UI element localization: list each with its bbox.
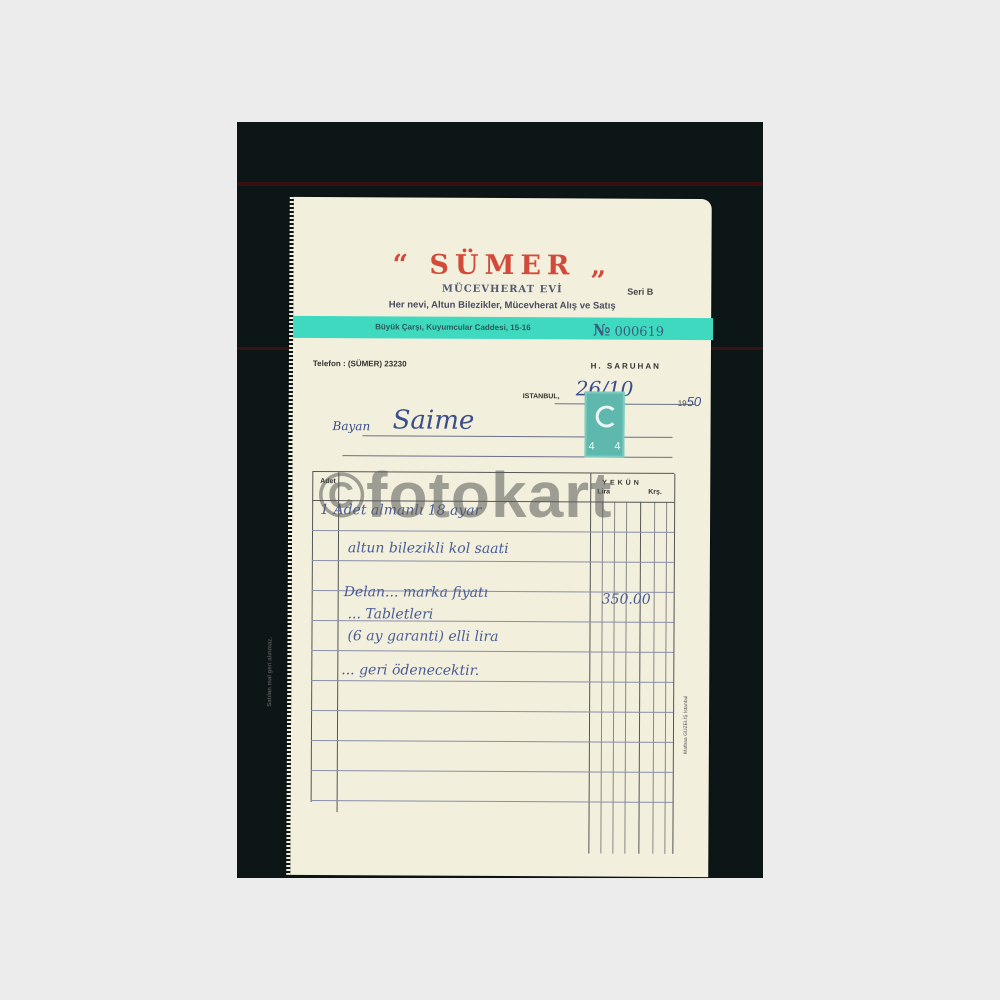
- recipient-line: [363, 435, 673, 438]
- city-label: ISTANBUL,: [523, 393, 560, 400]
- stamp-value-left: 4: [588, 440, 594, 452]
- line-item: altun bilezikli kol saati: [348, 540, 509, 557]
- series-label: Seri B: [627, 287, 653, 297]
- divider: [237, 182, 763, 186]
- phone: Telefon : (SÜMER) 23230: [313, 359, 407, 368]
- column-header-kurus: Krş.: [648, 489, 662, 496]
- printer-note: Matbaa GÜZELİŞ İstanbul: [683, 696, 689, 754]
- stamp-value-right: 4: [614, 441, 620, 453]
- number-symbol: №: [593, 320, 610, 339]
- row-line: [311, 770, 673, 773]
- recipient-name: Saime: [393, 405, 475, 435]
- row-line: [311, 740, 673, 743]
- line-item: (6 ay garanti) elli lira: [347, 628, 498, 645]
- row-line: [312, 560, 674, 563]
- line-item: ... geri ödenecektir.: [341, 662, 479, 679]
- row-line: [311, 680, 673, 683]
- margin-note: Satılan mal geri alınmaz.: [267, 637, 273, 707]
- recipient-prefix: Bayan: [333, 419, 371, 433]
- revenue-stamp: 44: [584, 391, 624, 457]
- row-line: [311, 710, 673, 713]
- crescent-star-icon: [596, 405, 618, 427]
- table-border: [311, 472, 314, 802]
- invoice-number: №000619: [593, 320, 664, 339]
- stamp-value: 44: [588, 440, 620, 452]
- row-line: [311, 800, 673, 803]
- address: Büyük Çarşı, Kuyumcular Caddesi, 15-16: [375, 322, 531, 332]
- invoice-document: “ SÜMER „ MÜCEVHERAT EVİ Seri B Her nevi…: [290, 197, 712, 877]
- year-handwritten: 50: [687, 394, 702, 409]
- brand-title: “ SÜMER „: [293, 249, 711, 282]
- address-band: Büyük Çarşı, Kuyumcular Caddesi, 15-16 №…: [293, 316, 713, 340]
- watermark: ©fotokart: [318, 458, 612, 532]
- proprietor: H. SARUHAN: [591, 361, 661, 370]
- year: 1950: [678, 394, 701, 409]
- number-value: 000619: [614, 325, 664, 340]
- line-item: ... Tabletleri: [348, 606, 434, 622]
- row-line: [311, 650, 673, 653]
- line-item: Delan... marka fiyatı: [344, 584, 489, 601]
- total-amount: 350.00: [602, 592, 651, 608]
- tagline: Her nevi, Altun Bilezikler, Mücevherat A…: [293, 299, 711, 312]
